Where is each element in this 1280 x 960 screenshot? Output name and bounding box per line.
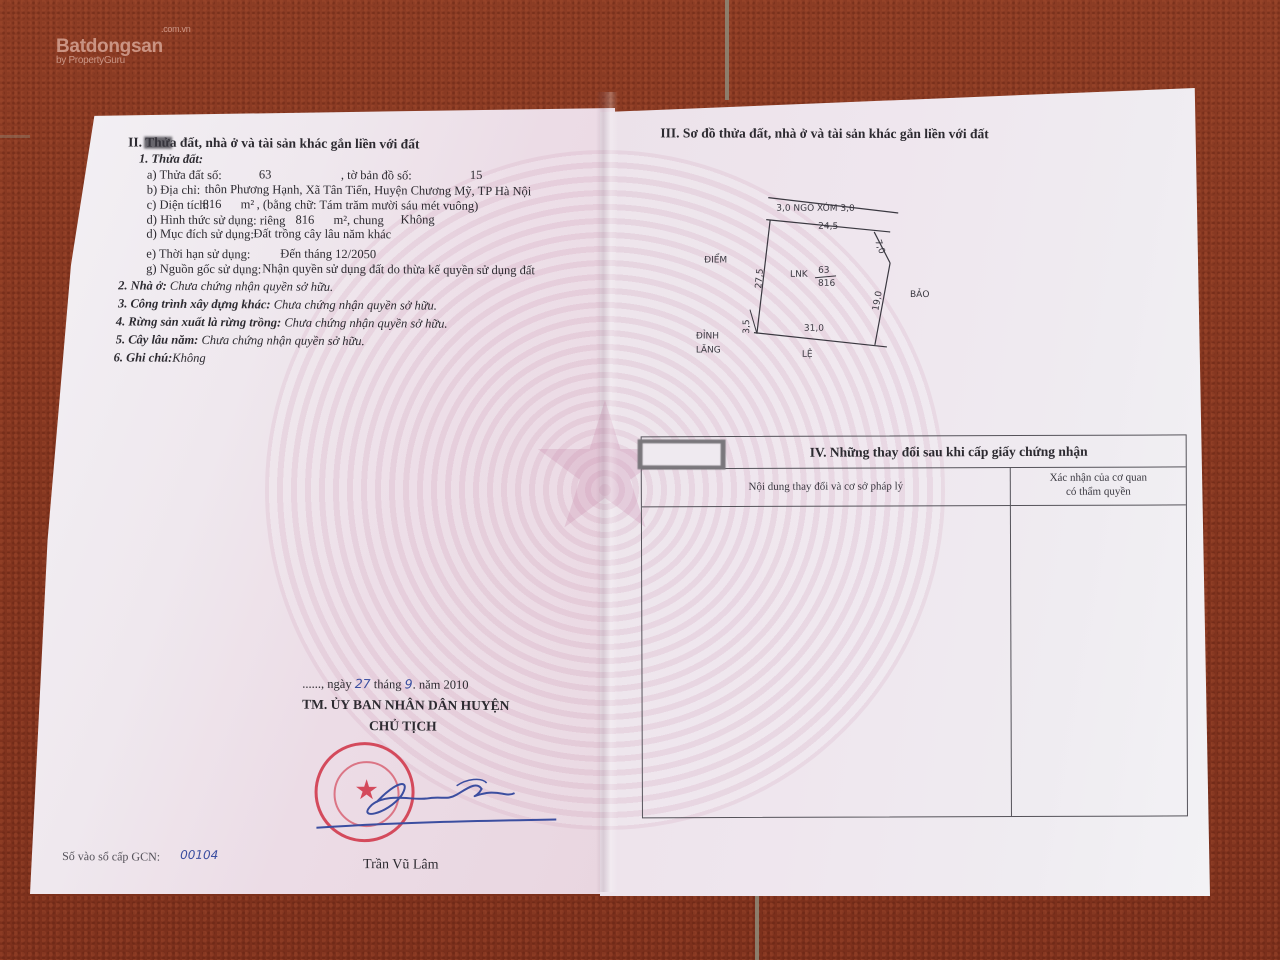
changes-table: IV. Những thay đổi sau khi cấp giấy chứn… [641,434,1188,818]
plot-type: LNK [790,270,808,280]
column-divider [1010,467,1012,816]
plot-number: 63 [818,266,829,276]
neighbor-east: BẢO [910,290,929,300]
sketch-plot-label: LNK 63 816 [790,270,808,280]
sketch-bottom-left-edge: 3,5 [742,319,752,333]
changes-table-header-row: Nội dung thay đổi và cơ sở pháp lý Xác n… [642,466,1186,507]
plot-area: 816 [818,279,835,289]
sketch-bottom-edge: 31,0 [804,324,824,334]
column-header-change-content: Nội dung thay đổi và cơ sở pháp lý [642,467,1010,506]
neighbor-southwest: ĐỈNH LĂNG [696,329,726,357]
sketch-top-edge: 24,5 [818,222,838,232]
redacted-box [638,439,726,469]
column-header-line: có thẩm quyền [1011,484,1186,499]
section-iii-title: III. Sơ đồ thửa đất, nhà ở và tài sản kh… [660,125,988,142]
neighbor-west: ĐIỂM [704,255,727,265]
sketch-top-road: 3,0 NGÕ XÓM 3,0 [776,204,854,214]
plot-sketch: 3,0 NGÕ XÓM 3,0 24,5 7,0 27,5 19,0 31,0 … [690,189,950,370]
neighbor-south: LỆ [802,350,813,360]
land-certificate: II. Thửa đất, nhà ở và tài sản khác gắn … [0,0,1280,960]
sketch-left-edge: 27,5 [754,268,766,289]
column-header-authority-confirmation: Xác nhận của cơ quan có thẩm quyền [1011,470,1186,499]
column-header-line: Xác nhận của cơ quan [1011,470,1186,485]
